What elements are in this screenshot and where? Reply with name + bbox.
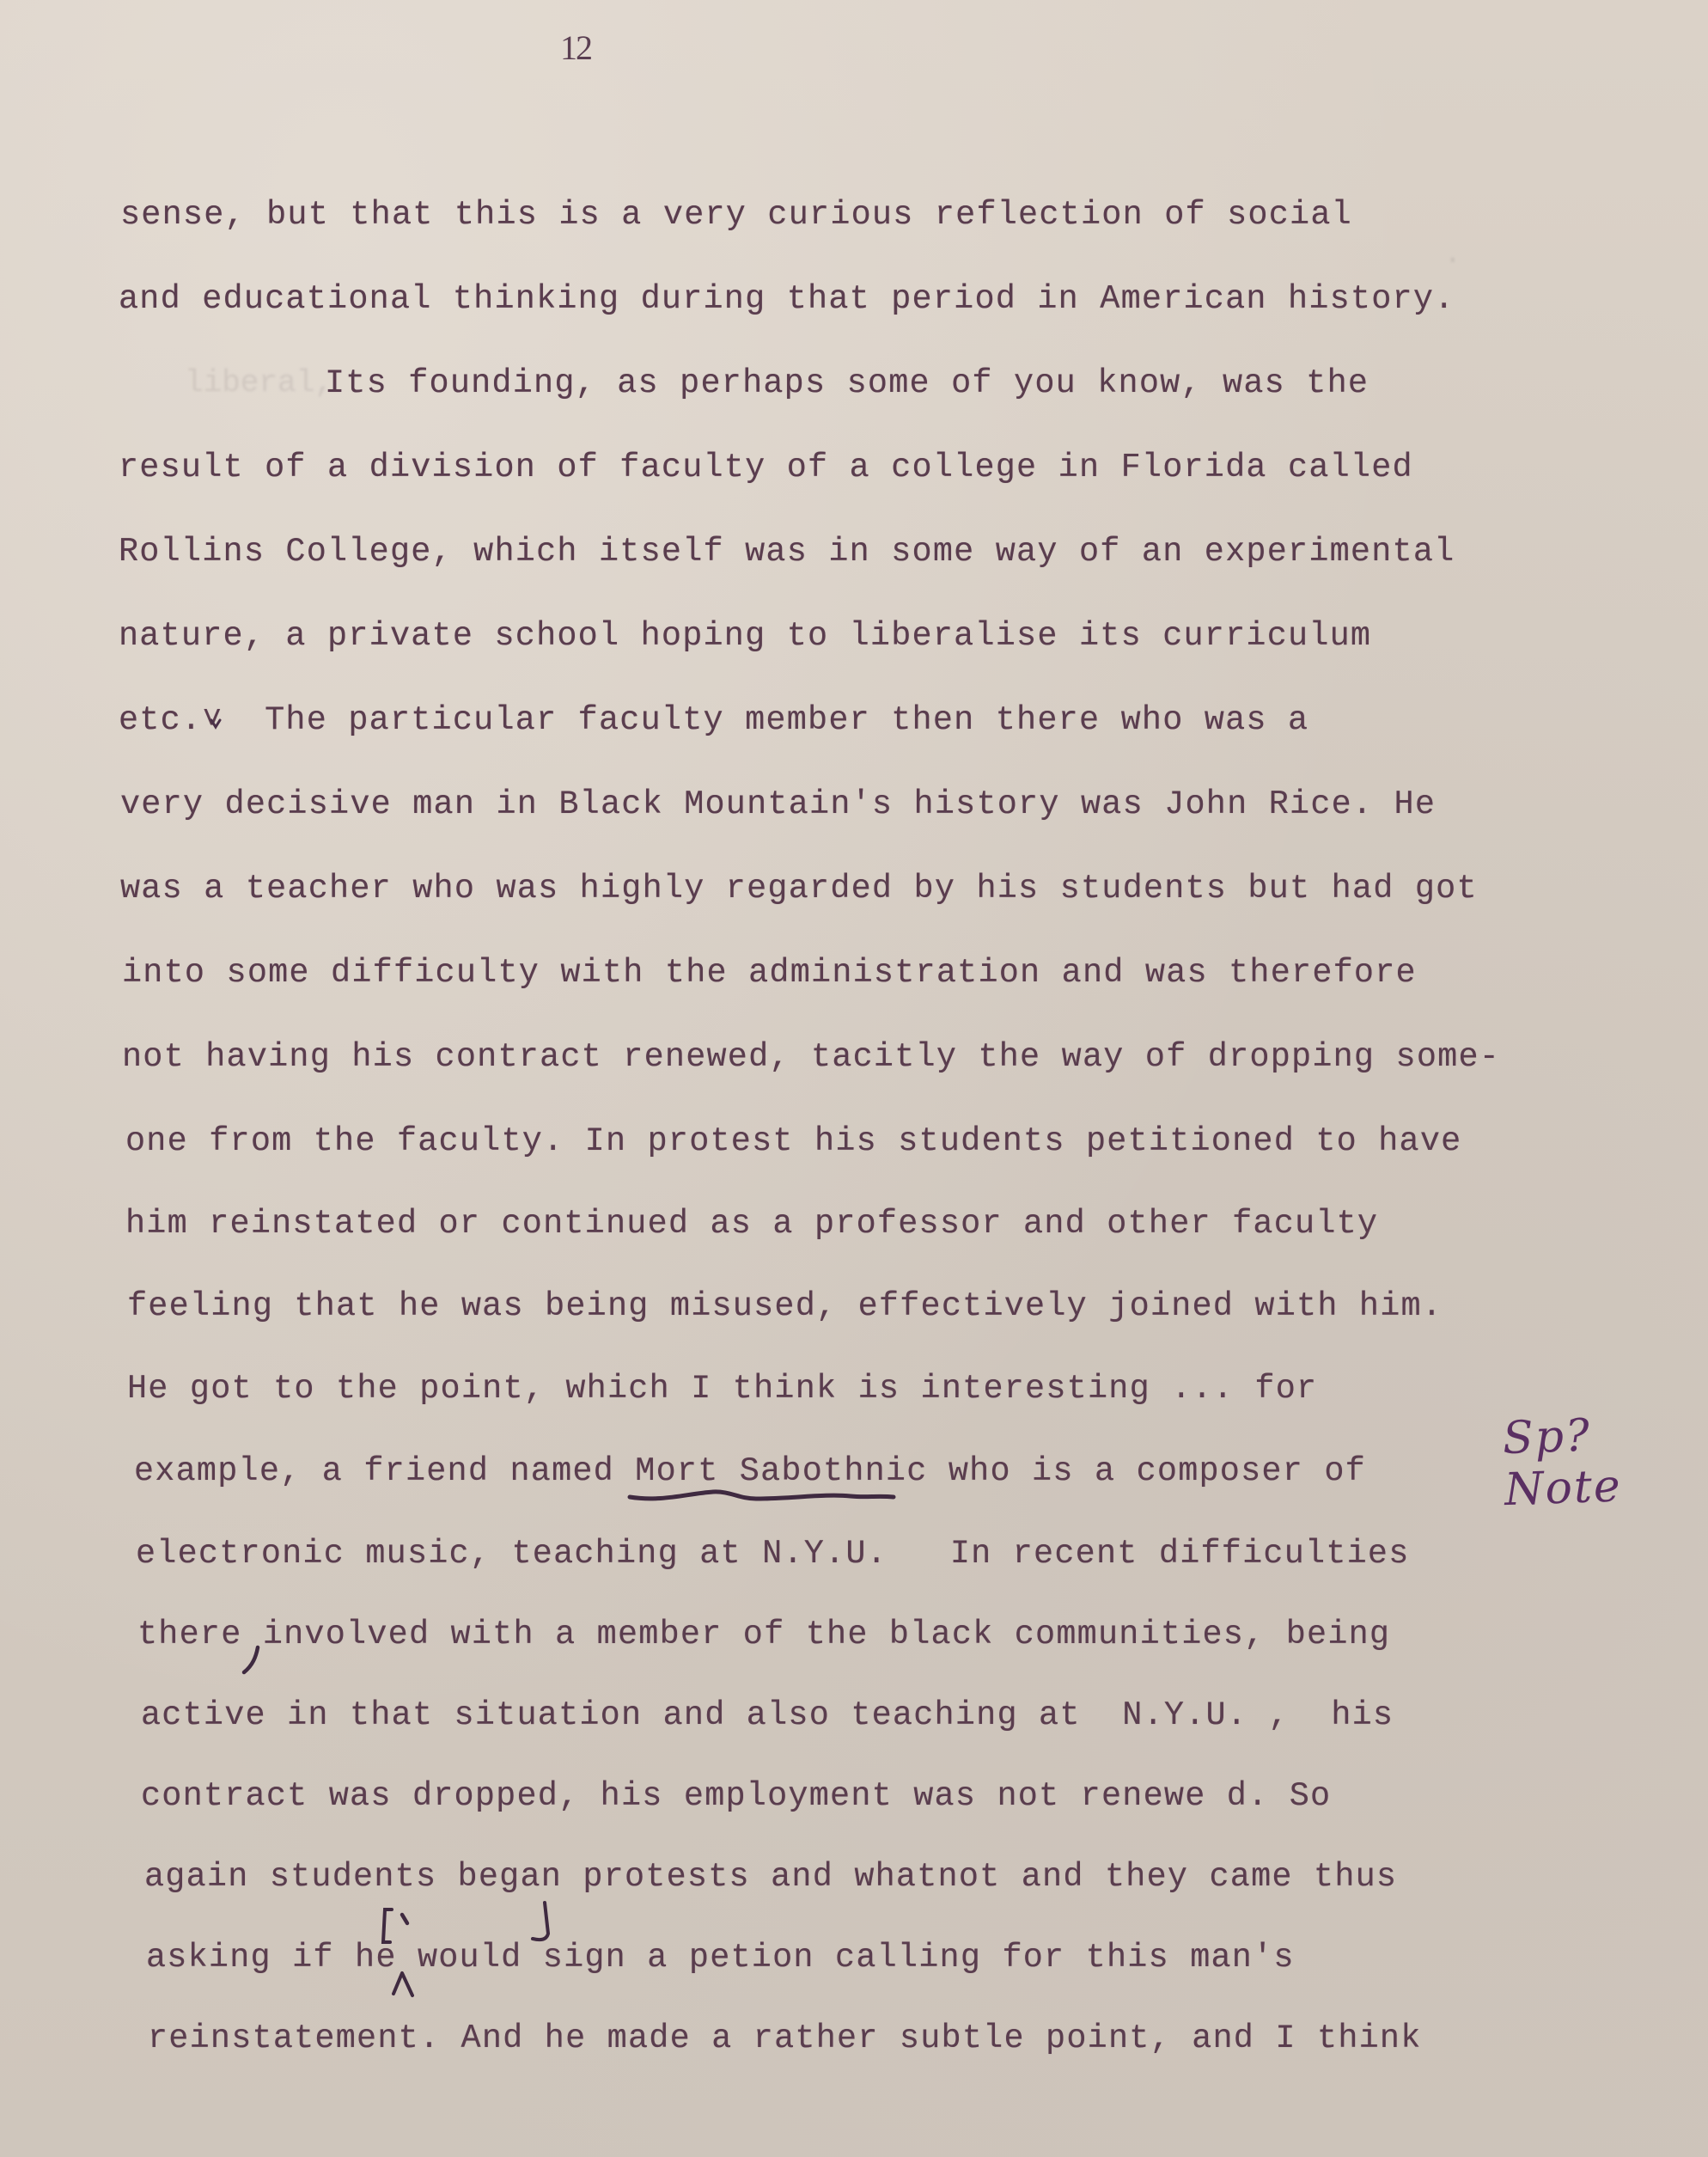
- text-line: reinstatement. And he made a rather subt…: [148, 2020, 1422, 2057]
- text-line: Its founding, as perhaps some of you kno…: [325, 364, 1369, 402]
- text-line: was a teacher who was highly regarded by…: [120, 870, 1478, 907]
- text-line: him reinstated or continued as a profess…: [125, 1205, 1378, 1243]
- text-line: there involved with a member of the blac…: [137, 1616, 1390, 1653]
- text-line: result of a division of faculty of a col…: [119, 449, 1413, 486]
- show-through-text: .: [1443, 236, 1462, 272]
- text-line: electronic music, teaching at N.Y.U. In …: [136, 1535, 1410, 1573]
- text-line: again students began protests and whatno…: [144, 1858, 1397, 1896]
- text-line: active in that situation and also teachi…: [141, 1696, 1394, 1734]
- page-number: 12: [560, 27, 591, 68]
- text-line: asking if he would sign a petion calling…: [146, 1939, 1295, 1977]
- open-bracket-mark: [383, 1910, 392, 1942]
- margin-note-spelling-query: Sp? Note: [1502, 1406, 1708, 1516]
- text-line: nature, a private school hoping to liber…: [119, 617, 1371, 655]
- text-line: and educational thinking during that per…: [119, 280, 1455, 318]
- pen-annotations: [0, 0, 1708, 2157]
- text-line: into some difficulty with the administra…: [122, 954, 1417, 992]
- tick-mark: [402, 1915, 407, 1923]
- text-line: example, a friend named Mort Sabothnic w…: [134, 1452, 1366, 1490]
- close-bracket-mark: [533, 1903, 548, 1940]
- text-line: He got to the point, which I think is in…: [127, 1370, 1317, 1408]
- text-line: sense, but that this is a very curious r…: [120, 196, 1352, 234]
- text-line: one from the faculty. In protest his stu…: [125, 1122, 1461, 1160]
- text-line: Rollins College, which itself was in som…: [119, 533, 1455, 571]
- text-line: not having his contract renewed, tacitly…: [122, 1038, 1500, 1076]
- text-line: etc.˅ The particular faculty member then…: [119, 701, 1308, 739]
- text-line: feeling that he was being misused, effec…: [127, 1287, 1443, 1325]
- show-through-text: liberal,: [185, 365, 333, 400]
- text-line: contract was dropped, his employment was…: [141, 1777, 1331, 1815]
- typescript-page: liberal, . 12 sense, but that this is a …: [0, 0, 1708, 2157]
- wavy-underline-mark: [630, 1492, 894, 1499]
- text-line: very decisive man in Black Mountain's hi…: [120, 785, 1436, 823]
